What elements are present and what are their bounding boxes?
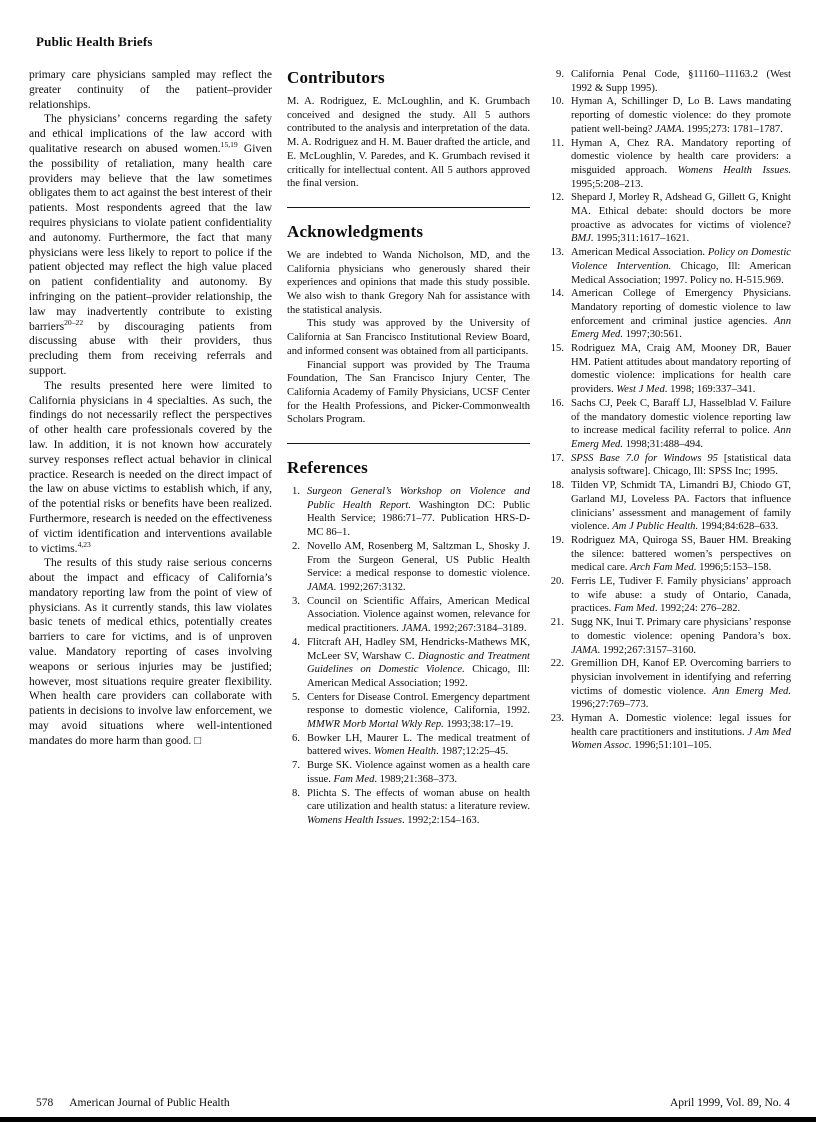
reference-list-9-23: 9.California Penal Code, §11160–11163.2 …: [545, 68, 791, 753]
reference-text: Ferris LE, Tudiver F. Family physicians’…: [571, 575, 791, 616]
reference-item: 16.Sachs CJ, Peek C, Baraff LJ, Hasselbl…: [545, 397, 791, 452]
paragraph: Financial support was provided by The Tr…: [287, 359, 530, 428]
reference-text: Tilden VP, Schmidt TA, Limandri BJ, Chio…: [571, 479, 791, 534]
reference-text: Sachs CJ, Peek C, Baraff LJ, Hasselblad …: [571, 397, 791, 452]
reference-text: Flitcraft AH, Hadley SM, Hendricks-Mathe…: [307, 636, 530, 691]
reference-item: 7.Burge SK. Violence against women as a …: [287, 759, 530, 786]
footer-left: 578American Journal of Public Health: [36, 1097, 230, 1109]
reference-item: 8.Plichta S. The effects of woman abuse …: [287, 787, 530, 828]
section-divider: [287, 443, 530, 444]
reference-text: Sugg NK, Inui T. Primary care physicians…: [571, 616, 791, 657]
journal-page: Public Health Briefs primary care physic…: [0, 0, 816, 1124]
reference-text: Surgeon General’s Workshop on Violence a…: [307, 485, 530, 540]
reference-number: 5.: [287, 691, 307, 732]
reference-text: Rodriguez MA, Craig AM, Mooney DR, Bauer…: [571, 342, 791, 397]
reference-text: Burge SK. Violence against women as a he…: [307, 759, 530, 786]
reference-number: 18.: [545, 479, 571, 534]
reference-item: 11.Hyman A, Chez RA. Mandatory reporting…: [545, 137, 791, 192]
reference-item: 3.Council on Scientific Affairs, America…: [287, 595, 530, 636]
issue-info: April 1999, Vol. 89, No. 4: [670, 1097, 790, 1109]
contributors-body: M. A. Rodriguez, E. McLoughlin, and K. G…: [287, 95, 530, 191]
reference-number: 15.: [545, 342, 571, 397]
page-number: 578: [36, 1097, 53, 1109]
reference-text: Novello AM, Rosenberg M, Saltzman L, Sho…: [307, 540, 530, 595]
reference-item: 5.Centers for Disease Control. Emergency…: [287, 691, 530, 732]
reference-number: 3.: [287, 595, 307, 636]
reference-number: 4.: [287, 636, 307, 691]
reference-text: Shepard J, Morley R, Adshead G, Gillett …: [571, 191, 791, 246]
paragraph: primary care physicians sampled may refl…: [29, 68, 272, 112]
reference-number: 20.: [545, 575, 571, 616]
column-middle: Contributors M. A. Rodriguez, E. McLough…: [287, 68, 530, 828]
section-divider: [287, 207, 530, 208]
reference-number: 7.: [287, 759, 307, 786]
reference-item: 14.American College of Emergency Physici…: [545, 287, 791, 342]
reference-number: 8.: [287, 787, 307, 828]
paragraph: The results of this study raise serious …: [29, 556, 272, 748]
reference-item: 20.Ferris LE, Tudiver F. Family physicia…: [545, 575, 791, 616]
reference-text: Hyman A, Schillinger D, Lo B. Laws manda…: [571, 95, 791, 136]
reference-text: Centers for Disease Control. Emergency d…: [307, 691, 530, 732]
reference-text: Bowker LH, Maurer L. The medical treatme…: [307, 732, 530, 759]
journal-name: American Journal of Public Health: [69, 1097, 229, 1109]
reference-number: 10.: [545, 95, 571, 136]
reference-number: 17.: [545, 452, 571, 479]
reference-item: 22.Gremillion DH, Kanof EP. Overcoming b…: [545, 657, 791, 712]
reference-number: 12.: [545, 191, 571, 246]
reference-item: 21.Sugg NK, Inui T. Primary care physici…: [545, 616, 791, 657]
reference-text: American College of Emergency Physicians…: [571, 287, 791, 342]
reference-number: 19.: [545, 534, 571, 575]
reference-item: 12.Shepard J, Morley R, Adshead G, Gille…: [545, 191, 791, 246]
reference-text: Plichta S. The effects of woman abuse on…: [307, 787, 530, 828]
reference-text: American Medical Association. Policy on …: [571, 246, 791, 287]
reference-text: Hyman A, Chez RA. Mandatory reporting of…: [571, 137, 791, 192]
paragraph: The physicians’ concerns regarding the s…: [29, 112, 272, 378]
reference-item: 19.Rodriguez MA, Quiroga SS, Bauer HM. B…: [545, 534, 791, 575]
paragraph: M. A. Rodriguez, E. McLoughlin, and K. G…: [287, 95, 530, 191]
reference-number: 6.: [287, 732, 307, 759]
reference-item: 13.American Medical Association. Policy …: [545, 246, 791, 287]
column-right: 9.California Penal Code, §11160–11163.2 …: [545, 68, 791, 828]
column-discussion: primary care physicians sampled may refl…: [29, 68, 272, 828]
reference-number: 22.: [545, 657, 571, 712]
reference-item: 17.SPSS Base 7.0 for Windows 95 [statist…: [545, 452, 791, 479]
reference-number: 9.: [545, 68, 571, 95]
reference-number: 2.: [287, 540, 307, 595]
reference-item: 2.Novello AM, Rosenberg M, Saltzman L, S…: [287, 540, 530, 595]
reference-text: Gremillion DH, Kanof EP. Overcoming barr…: [571, 657, 791, 712]
running-head: Public Health Briefs: [36, 34, 153, 50]
reference-text: SPSS Base 7.0 for Windows 95 [statistica…: [571, 452, 791, 479]
reference-list-1-8: 1.Surgeon General’s Workshop on Violence…: [287, 485, 530, 828]
reference-text: Hyman A. Domestic violence: legal issues…: [571, 712, 791, 753]
reference-item: 1.Surgeon General’s Workshop on Violence…: [287, 485, 530, 540]
reference-item: 10.Hyman A, Schillinger D, Lo B. Laws ma…: [545, 95, 791, 136]
reference-number: 14.: [545, 287, 571, 342]
reference-number: 13.: [545, 246, 571, 287]
paragraph: We are indebted to Wanda Nicholson, MD, …: [287, 249, 530, 318]
references-heading: References: [287, 458, 530, 478]
reference-number: 11.: [545, 137, 571, 192]
reference-item: 9.California Penal Code, §11160–11163.2 …: [545, 68, 791, 95]
contributors-heading: Contributors: [287, 68, 530, 88]
paragraph: The results presented here were limited …: [29, 379, 272, 557]
paragraph: This study was approved by the Universit…: [287, 317, 530, 358]
reference-item: 4.Flitcraft AH, Hadley SM, Hendricks-Mat…: [287, 636, 530, 691]
reference-number: 21.: [545, 616, 571, 657]
bottom-rule: [0, 1117, 816, 1122]
reference-number: 16.: [545, 397, 571, 452]
reference-text: California Penal Code, §11160–11163.2 (W…: [571, 68, 791, 95]
content-columns: primary care physicians sampled may refl…: [29, 68, 791, 828]
reference-text: Council on Scientific Affairs, American …: [307, 595, 530, 636]
reference-item: 23.Hyman A. Domestic violence: legal iss…: [545, 712, 791, 753]
reference-text: Rodriguez MA, Quiroga SS, Bauer HM. Brea…: [571, 534, 791, 575]
reference-item: 18.Tilden VP, Schmidt TA, Limandri BJ, C…: [545, 479, 791, 534]
reference-number: 23.: [545, 712, 571, 753]
reference-item: 6.Bowker LH, Maurer L. The medical treat…: [287, 732, 530, 759]
reference-item: 15.Rodriguez MA, Craig AM, Mooney DR, Ba…: [545, 342, 791, 397]
acknowledgments-body: We are indebted to Wanda Nicholson, MD, …: [287, 249, 530, 427]
acknowledgments-heading: Acknowledgments: [287, 222, 530, 242]
reference-number: 1.: [287, 485, 307, 540]
